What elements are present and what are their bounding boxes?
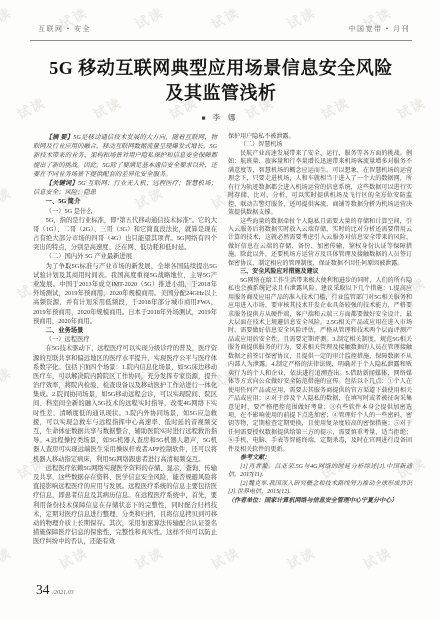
watermark-stamp: 试读 — [207, 542, 242, 573]
author-marker-icon: ■ — [202, 115, 209, 122]
section-heading-1: 一、5G 简介 — [33, 197, 217, 206]
paragraph-5g-intro: 5G，指的是行业标准，即“第五代移动通信技术标准”。它的大哥（1G）、二哥（2G… — [33, 216, 217, 253]
keywords-paragraph: 【关键词】5G 互联网；行业无人机；远程医疗；智慧机场；信息安全；风险；隐患 — [33, 179, 217, 197]
paragraph-telemedicine-security: 远程医疗依赖5G网络实现医学资料的存储、显示、查询、传输及共享，这些数据存在资料… — [33, 464, 217, 547]
reference-1: [1]肖青葡，吕亚荣.5G与4G网络的时延分析综述[J].中国新通信，2017(… — [228, 463, 412, 480]
section-heading-2: 二、业务场景 — [33, 326, 217, 335]
header-divider — [30, 40, 412, 41]
watermark-stamp: 试读 — [283, 542, 318, 573]
left-column: 【摘 要】5G是移动通信技术发展的大方向，随着互联网、物联网及行业应用的融合，移… — [33, 133, 217, 546]
page-number: 34 — [36, 582, 50, 598]
right-column: 保护用户隐私不被泄露。 （二）智慧机场 民航产业高速发展带来了安全、运行、服务等… — [228, 133, 412, 546]
issue-label: /2021.03 — [53, 590, 74, 596]
paragraph-continuation: 保护用户隐私不被泄露。 — [228, 133, 412, 141]
section-heading-3: 三、安全风险应对措施及建议 — [228, 268, 412, 276]
abstract-paragraph: 【摘 要】5G是移动通信技术发展的大方向，随着互联网、物联网及行业应用的融合，移… — [33, 133, 217, 179]
paragraph-5g-progress: 为了争取5G标准与产业市场的新发展，全球各国陆续提出5G试验计划及其商用时间表。… — [33, 262, 217, 326]
subsection-heading-2-2: （二）智慧机场 — [228, 141, 412, 149]
watermark-stamp: 试读 — [0, 542, 15, 573]
subsection-heading-1-1: （一）5G 是什么 — [33, 207, 217, 216]
watermark-stamp: 试读 — [0, 362, 15, 393]
subsection-heading-1-2: （二）国内外 5G 产业最新进展 — [33, 252, 217, 261]
paragraph-countermeasures: 5G网络在给工作生活带来极大便利和进步的同时，人们的所有隐私也会被系统记录且有泄… — [228, 277, 412, 455]
watermark-stamp: 试读 — [55, 542, 90, 573]
references-heading: 参考文献： — [228, 454, 412, 462]
author-line: ■李 娜 — [0, 112, 440, 123]
watermark-stamp: 试读 — [0, 182, 15, 213]
header-journal-name: 中国宽带 • 月刊 — [349, 24, 410, 34]
watermark-stamp: 试读 — [0, 2, 15, 33]
keywords-label: 【关键词】 — [46, 180, 78, 187]
paragraph-airport-cloud-risk: 这些海量的数据牵扯个人隐私且需要大量的存储和计算空间，引入云服务后将数据实时放入… — [228, 218, 412, 269]
author-affiliation: （作者单位：国家计算机网络与信息安全管理中心宁夏分中心） — [228, 497, 412, 505]
paragraph-smart-airport: 民航产业高速发展带来了安全、运行、服务等各方面的挑战。例如：航班量、旅客量和行李… — [228, 150, 412, 218]
page-footer: 34 /2021.03 — [36, 582, 74, 598]
journal-header: 互联网 • 安全 中国宽带 • 月刊 — [38, 24, 410, 34]
paragraph-telemedicine-scenarios: 在5G技术驱动下，远程医疗可以实现分级诊疗的普及，医疗资源的互联共享和偏远地区的… — [33, 344, 217, 463]
article-title-line2: 及其监管浅析 — [20, 81, 422, 106]
subsection-heading-2-1: （一）远程医疗 — [33, 335, 217, 344]
abstract-label: 【摘 要】 — [46, 134, 74, 141]
author-name: 李 娜 — [213, 113, 239, 122]
article-title-line1: 5G 移动互联网典型应用场景信息安全风险 — [20, 56, 422, 81]
watermark-stamp: 试读 — [131, 542, 166, 573]
document-page: 试读试读试读试读试读试读试读试读试读试读试读试读试读试读试读试读试读试读试读试读… — [0, 0, 440, 620]
article-title: 5G 移动互联网典型应用场景信息安全风险 及其监管浅析 — [20, 56, 422, 106]
watermark-stamp: 试读 — [359, 542, 394, 573]
article-body: 【摘 要】5G是移动通信技术发展的大方向，随着互联网、物联网及行业应用的融合，移… — [33, 133, 412, 546]
reference-2: [2]魏克军.我国深入研究概念和技术路线努力推动全球形成共识[J].世界电信，2… — [228, 480, 412, 497]
header-section-label: 互联网 • 安全 — [38, 24, 91, 34]
